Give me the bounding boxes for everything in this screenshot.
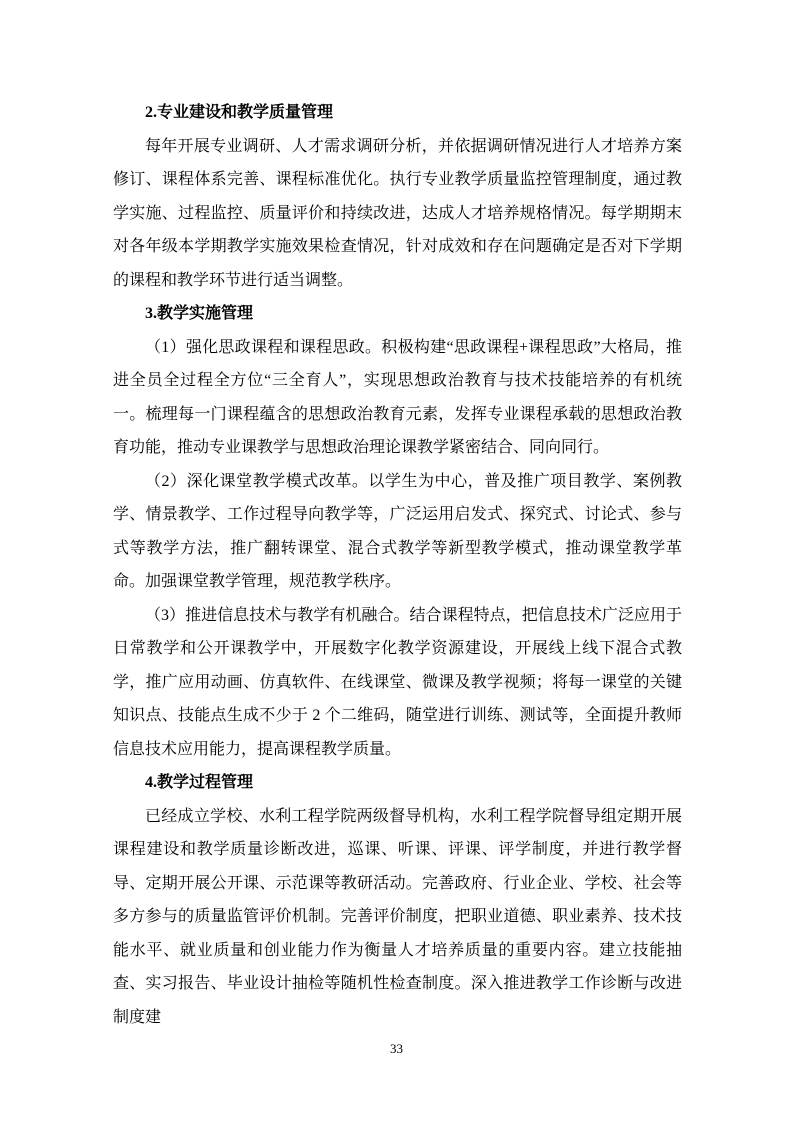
document-page: 2.专业建设和教学质量管理 每年开展专业调研、人才需求调研分析，并依据调研情况进… xyxy=(0,0,793,1122)
paragraph: 每年开展专业调研、人才需求调研分析，并依据调研情况进行人才培养方案修订、课程体系… xyxy=(113,130,682,298)
section-heading-professional-construction: 2.专业建设和教学质量管理 xyxy=(113,96,682,130)
page-number: 33 xyxy=(390,1041,403,1056)
paragraph: （3）推进信息技术与教学有机融合。结合课程特点，把信息技术广泛应用于日常教学和公… xyxy=(113,599,682,767)
paragraph: 已经成立学校、水利工程学院两级督导机构，水利工程学院督导组定期开展课程建设和教学… xyxy=(113,800,682,1035)
section-heading-teaching-implementation: 3.教学实施管理 xyxy=(113,297,682,331)
paragraph: （2）深化课堂教学模式改革。以学生为中心，普及推广项目教学、案例教学、情景教学、… xyxy=(113,465,682,599)
paragraph: （1）强化思政课程和课程思政。积极构建“思政课程+课程思政”大格局，推进全员全过… xyxy=(113,331,682,465)
document-content: 2.专业建设和教学质量管理 每年开展专业调研、人才需求调研分析，并依据调研情况进… xyxy=(113,96,682,1034)
section-heading-teaching-process: 4.教学过程管理 xyxy=(113,766,682,800)
page-footer: 33 xyxy=(0,1040,793,1058)
